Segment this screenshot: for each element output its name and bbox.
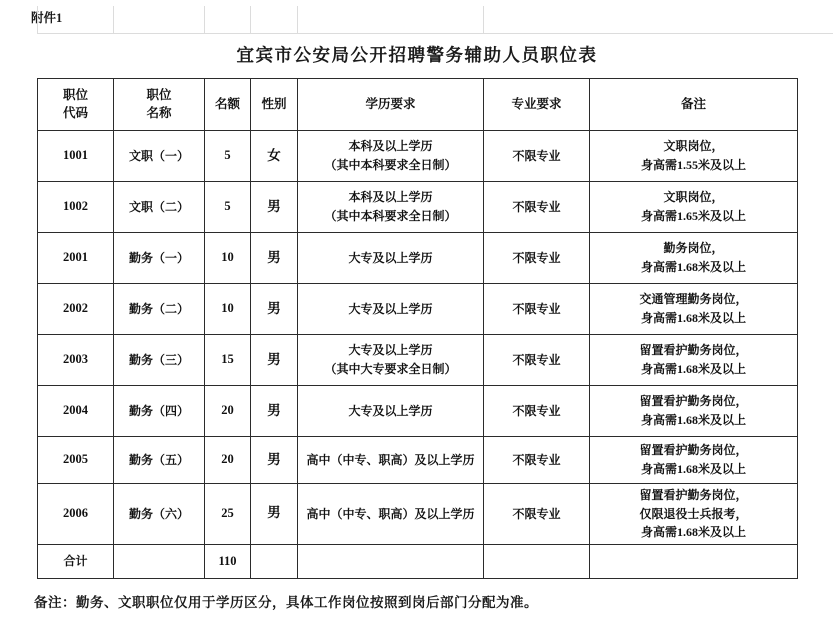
cell-position-name: 勤务（四） — [114, 386, 205, 437]
cell-remarks: 留置看护勤务岗位， 身高需1.68米及以上 — [590, 335, 798, 386]
table-footer: 合计 110 — [38, 544, 798, 578]
cell-position-code: 2003 — [38, 335, 114, 386]
table-row: 2001勤务（一）10男大专及以上学历不限专业勤务岗位， 身高需1.68米及以上 — [38, 233, 798, 284]
cell-gender: 男 — [251, 335, 298, 386]
cell-quota: 20 — [205, 386, 251, 437]
cell-major-req: 不限专业 — [484, 484, 590, 545]
table-body: 1001文职（一）5女本科及以上学历 （其中本科要求全日制）不限专业文职岗位， … — [38, 131, 798, 545]
cell-major-req: 不限专业 — [484, 335, 590, 386]
spreadsheet-gridline-vertical — [483, 6, 484, 33]
cell-position-code: 2002 — [38, 284, 114, 335]
cell-quota: 10 — [205, 233, 251, 284]
footer-note: 备注：勤务、文职职位仅用于学历区分，具体工作岗位按照到岗后部门分配为准。 — [34, 591, 823, 611]
cell-position-code: 1001 — [38, 131, 114, 182]
cell-position-name: 勤务（三） — [114, 335, 205, 386]
table-row: 2002勤务（二）10男大专及以上学历不限专业交通管理勤务岗位， 身高需1.68… — [38, 284, 798, 335]
cell-quota: 15 — [205, 335, 251, 386]
header-gender: 性别 — [251, 79, 298, 131]
header-major-req: 专业要求 — [484, 79, 590, 131]
cell-quota: 5 — [205, 182, 251, 233]
cell-position-name: 勤务（五） — [114, 437, 205, 484]
cell-position-name: 勤务（一） — [114, 233, 205, 284]
cell-remarks: 留置看护勤务岗位， 身高需1.68米及以上 — [590, 386, 798, 437]
total-quota: 110 — [205, 544, 251, 578]
cell-remarks: 勤务岗位， 身高需1.68米及以上 — [590, 233, 798, 284]
header-remarks: 备注 — [590, 79, 798, 131]
cell-education-req: 大专及以上学历 — [298, 233, 484, 284]
table-row: 2006勤务（六）25男高中（中专、职高）及以上学历不限专业留置看护勤务岗位， … — [38, 484, 798, 545]
cell-position-code: 2005 — [38, 437, 114, 484]
header-position-name: 职位 名称 — [114, 79, 205, 131]
table-row: 2003勤务（三）15男大专及以上学历 （其中大专要求全日制）不限专业留置看护勤… — [38, 335, 798, 386]
cell-position-code: 1002 — [38, 182, 114, 233]
spreadsheet-gridline-horizontal — [37, 33, 833, 34]
spreadsheet-gridline-vertical — [297, 6, 298, 33]
cell-major-req: 不限专业 — [484, 233, 590, 284]
cell-position-name: 文职（一） — [114, 131, 205, 182]
header-quota: 名额 — [205, 79, 251, 131]
cell-quota: 20 — [205, 437, 251, 484]
total-label: 合计 — [38, 544, 114, 578]
cell-remarks: 留置看护勤务岗位， 仅限退役士兵报考， 身高需1.68米及以上 — [590, 484, 798, 545]
table-row: 2004勤务（四）20男大专及以上学历不限专业留置看护勤务岗位， 身高需1.68… — [38, 386, 798, 437]
header-row: 职位 代码 职位 名称 名额 性别 学历要求 专业要求 备注 — [38, 79, 798, 131]
cell-remarks: 交通管理勤务岗位， 身高需1.68米及以上 — [590, 284, 798, 335]
cell-quota: 5 — [205, 131, 251, 182]
cell-gender: 男 — [251, 484, 298, 545]
table-row: 2005勤务（五）20男高中（中专、职高）及以上学历不限专业留置看护勤务岗位， … — [38, 437, 798, 484]
cell-remarks: 文职岗位， 身高需1.65米及以上 — [590, 182, 798, 233]
cell-education-req: 大专及以上学历 — [298, 284, 484, 335]
spreadsheet-gridline-vertical — [113, 6, 114, 33]
page-title: 宜宾市公安局公开招聘警务辅助人员职位表 — [37, 42, 797, 67]
total-remarks-empty — [590, 544, 798, 578]
table-row: 1002文职（二）5男本科及以上学历 （其中本科要求全日制）不限专业文职岗位， … — [38, 182, 798, 233]
total-gender-empty — [251, 544, 298, 578]
cell-position-code: 2001 — [38, 233, 114, 284]
cell-education-req: 本科及以上学历 （其中本科要求全日制） — [298, 131, 484, 182]
cell-gender: 男 — [251, 182, 298, 233]
cell-major-req: 不限专业 — [484, 284, 590, 335]
cell-remarks: 文职岗位， 身高需1.55米及以上 — [590, 131, 798, 182]
cell-position-name: 勤务（六） — [114, 484, 205, 545]
cell-major-req: 不限专业 — [484, 131, 590, 182]
spreadsheet-gridline-vertical — [204, 6, 205, 33]
total-name-empty — [114, 544, 205, 578]
attachment-label: 附件1 — [31, 8, 62, 26]
cell-position-code: 2006 — [38, 484, 114, 545]
total-education-empty — [298, 544, 484, 578]
cell-education-req: 大专及以上学历 — [298, 386, 484, 437]
positions-table: 职位 代码 职位 名称 名额 性别 学历要求 专业要求 备注 1001文职（一）… — [37, 78, 798, 579]
cell-major-req: 不限专业 — [484, 437, 590, 484]
cell-gender: 男 — [251, 233, 298, 284]
cell-gender: 女 — [251, 131, 298, 182]
table-header: 职位 代码 职位 名称 名额 性别 学历要求 专业要求 备注 — [38, 79, 798, 131]
cell-gender: 男 — [251, 437, 298, 484]
spreadsheet-gridline-vertical — [37, 6, 38, 33]
document-page: 附件1 宜宾市公安局公开招聘警务辅助人员职位表 职位 代码 职位 名称 名额 性… — [0, 0, 833, 629]
cell-gender: 男 — [251, 284, 298, 335]
cell-gender: 男 — [251, 386, 298, 437]
cell-quota: 25 — [205, 484, 251, 545]
total-row: 合计 110 — [38, 544, 798, 578]
cell-position-name: 文职（二） — [114, 182, 205, 233]
header-position-code: 职位 代码 — [38, 79, 114, 131]
cell-education-req: 高中（中专、职高）及以上学历 — [298, 484, 484, 545]
cell-education-req: 本科及以上学历 （其中本科要求全日制） — [298, 182, 484, 233]
cell-position-name: 勤务（二） — [114, 284, 205, 335]
total-major-empty — [484, 544, 590, 578]
cell-position-code: 2004 — [38, 386, 114, 437]
cell-major-req: 不限专业 — [484, 182, 590, 233]
header-education-req: 学历要求 — [298, 79, 484, 131]
cell-education-req: 大专及以上学历 （其中大专要求全日制） — [298, 335, 484, 386]
spreadsheet-gridline-vertical — [250, 6, 251, 33]
cell-remarks: 留置看护勤务岗位， 身高需1.68米及以上 — [590, 437, 798, 484]
cell-quota: 10 — [205, 284, 251, 335]
cell-major-req: 不限专业 — [484, 386, 590, 437]
table-row: 1001文职（一）5女本科及以上学历 （其中本科要求全日制）不限专业文职岗位， … — [38, 131, 798, 182]
cell-education-req: 高中（中专、职高）及以上学历 — [298, 437, 484, 484]
